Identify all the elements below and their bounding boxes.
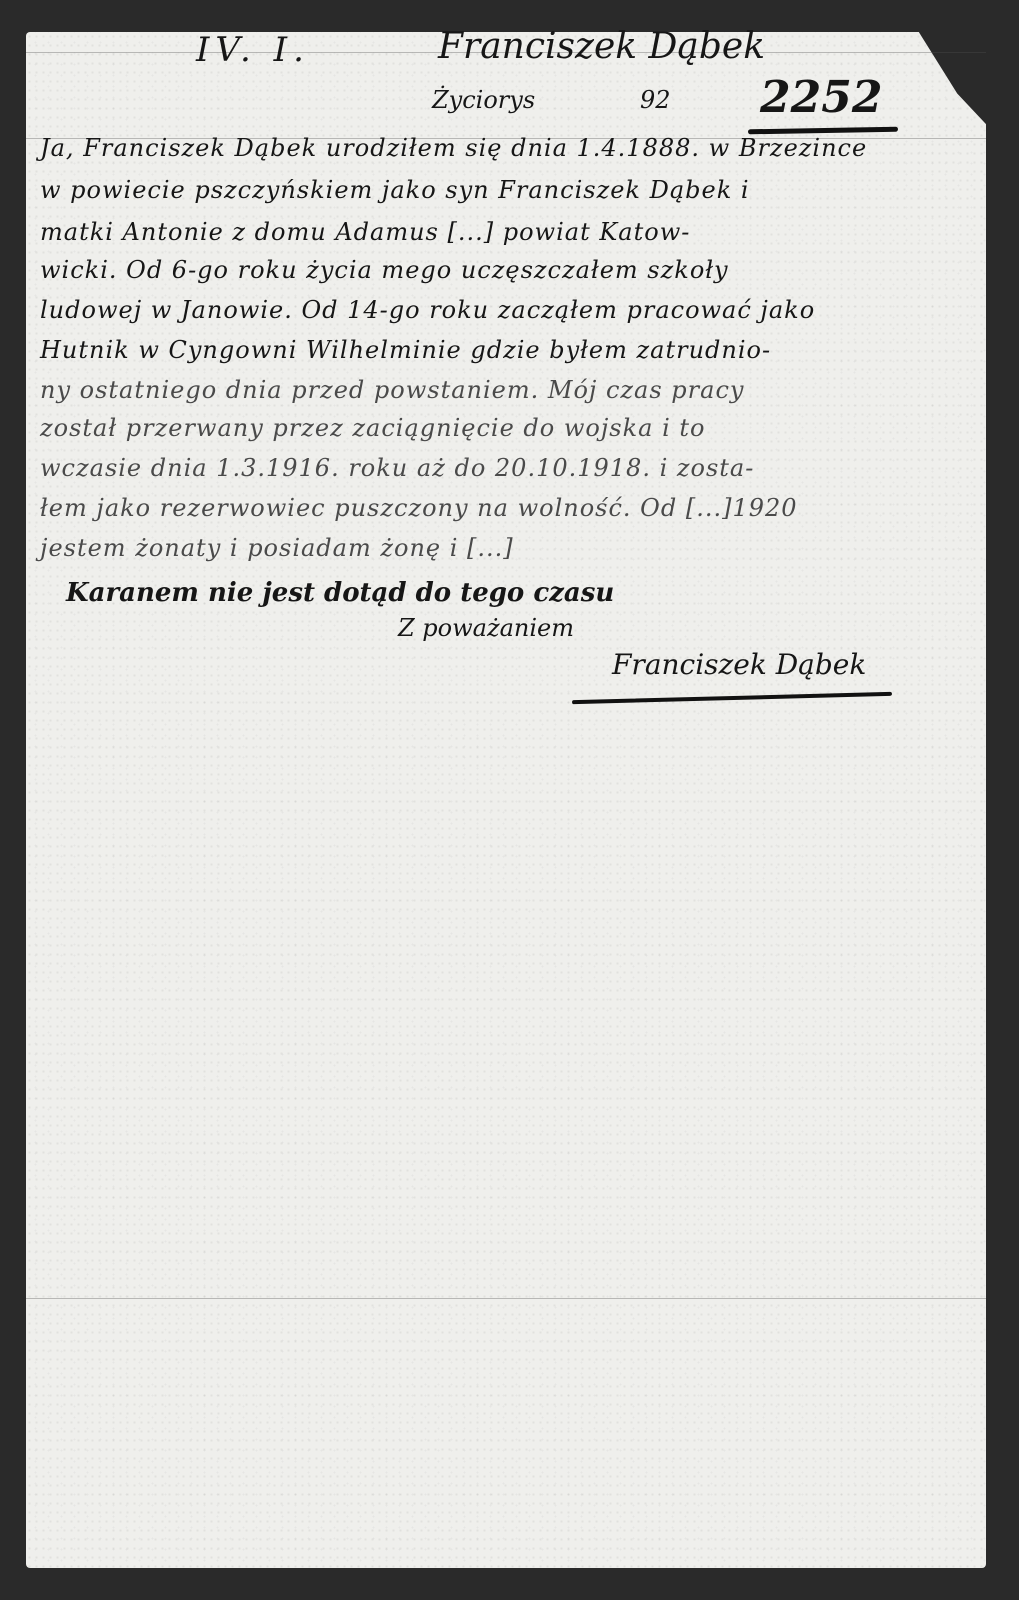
body-line: jestem żonaty i posiadam żonę i [...] — [40, 534, 514, 562]
closing-statement: Karanem nie jest dotąd do tego czasu — [66, 578, 614, 608]
body-line: Hutnik w Cyngowni Wilhelminie gdzie byłe… — [40, 336, 771, 364]
signature: Franciszek Dąbek — [612, 648, 866, 681]
body-line: ludowej w Janowie. Od 14-go roku zacząłe… — [40, 296, 815, 324]
document-subtitle: Życiorys — [432, 86, 535, 114]
body-line: matki Antonie z domu Adamus [...] powiat… — [40, 218, 690, 246]
subtitle-number: 92 — [640, 86, 671, 114]
body-line: wczasie dnia 1.3.1916. roku aż do 20.10.… — [40, 454, 754, 482]
ruled-line — [26, 1298, 986, 1299]
body-line: wicki. Od 6-go roku życia mego uczęszcza… — [40, 256, 729, 284]
body-line: łem jako rezerwowiec puszczony na wolnoś… — [40, 494, 798, 522]
regards-line: Z poważaniem — [398, 614, 574, 642]
body-line: Ja, Franciszek Dąbek urodziłem się dnia … — [40, 134, 867, 162]
folio-number: 2252 — [760, 72, 882, 123]
author-name-heading: Franciszek Dąbek — [438, 26, 765, 67]
body-line: w powiecie pszczyńskiem jako syn Francis… — [40, 176, 750, 204]
roman-numeral-mark: IV. I. — [196, 30, 310, 70]
body-line: został przerwany przez zaciągnięcie do w… — [40, 414, 705, 442]
body-line: ny ostatniego dnia przed powstaniem. Mój… — [40, 376, 744, 404]
